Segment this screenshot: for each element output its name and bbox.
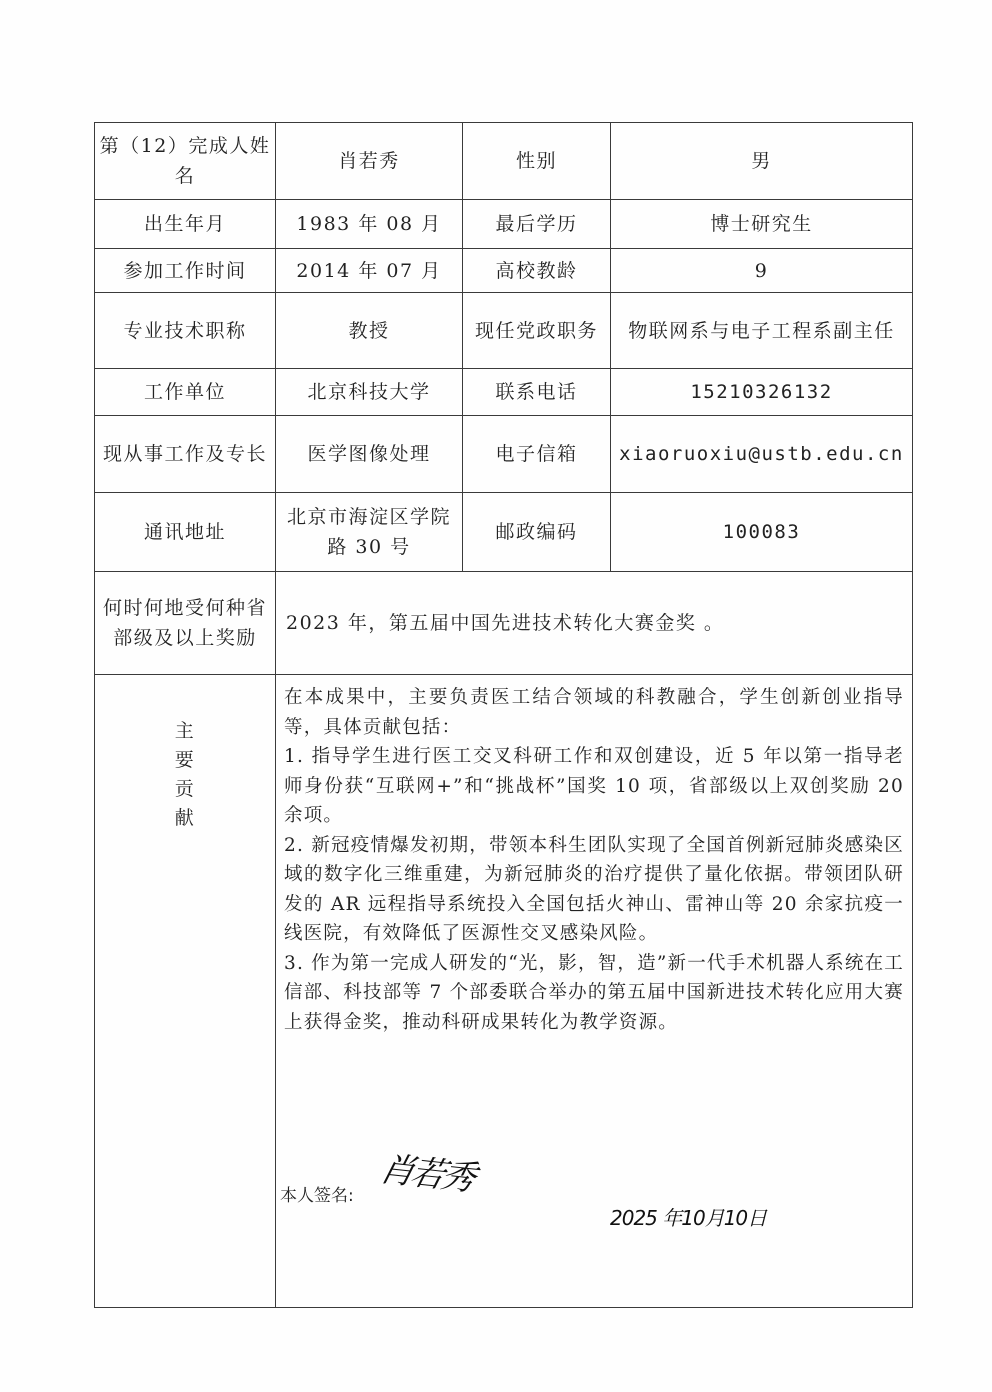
value-specialty: 医学图像处理 [276,416,463,493]
label-email: 电子信箱 [463,416,611,493]
label-main-contribution: 主 要 贡 献 [95,675,276,1308]
value-admin-position: 物联网系与电子工程系副主任 [611,293,913,369]
signature-label: 本人签名: [280,1181,354,1211]
label-char: 要 [99,746,271,775]
label-address: 通讯地址 [95,493,276,572]
label-gender: 性别 [463,123,611,200]
label-awards: 何时何地受何种省部级及以上奖励 [95,572,276,675]
row-name: 第（12）完成人姓名 肖若秀 性别 男 [95,123,913,200]
row-contribution: 主 要 贡 献 在本成果中，主要负责医工结合领域的科教融合，学生创新创业指导等，… [95,675,913,1308]
label-work-unit: 工作单位 [95,369,276,416]
value-awards: 2023 年，第五届中国先进技术转化大赛金奖 。 [276,572,913,675]
label-char: 主 [99,717,271,746]
value-email: xiaoruoxiu@ustb.edu.cn [611,416,913,493]
row-field: 现从事工作及专长 医学图像处理 电子信箱 xiaoruoxiu@ustb.edu… [95,416,913,493]
value-gender: 男 [611,123,913,200]
row-title: 专业技术职称 教授 现任党政职务 物联网系与电子工程系副主任 [95,293,913,369]
label-char: 贡 [99,775,271,804]
value-work-unit: 北京科技大学 [276,369,463,416]
value-postcode: 100083 [611,493,913,572]
row-unit: 工作单位 北京科技大学 联系电话 15210326132 [95,369,913,416]
label-teaching-years: 高校教龄 [463,249,611,293]
row-awards: 何时何地受何种省部级及以上奖励 2023 年，第五届中国先进技术转化大赛金奖 。 [95,572,913,675]
label-char: 献 [99,804,271,833]
row-birth: 出生年月 1983 年 08 月 最后学历 博士研究生 [95,200,913,249]
value-main-contribution: 在本成果中，主要负责医工结合领域的科教融合，学生创新创业指导等，具体贡献包括： … [276,675,913,1308]
row-work-start: 参加工作时间 2014 年 07 月 高校教龄 9 [95,249,913,293]
label-work-start: 参加工作时间 [95,249,276,293]
document-page: 第（12）完成人姓名 肖若秀 性别 男 出生年月 1983 年 08 月 最后学… [0,0,992,1392]
contribution-item-1: 1. 指导学生进行医工交叉科研工作和双创建设，近 5 年以第一指导老师身份获“互… [284,742,904,831]
value-professional-title: 教授 [276,293,463,369]
signature-area: 本人签名: 肖若秀 2025 年10月10日 [280,1163,910,1253]
value-work-start: 2014 年 07 月 [276,249,463,293]
signature-date: 2025 年10月10日 [610,1203,766,1233]
label-admin-position: 现任党政职务 [463,293,611,369]
label-phone: 联系电话 [463,369,611,416]
value-teaching-years: 9 [611,249,913,293]
row-address: 通讯地址 北京市海淀区学院路 30 号 邮政编码 100083 [95,493,913,572]
handwritten-signature: 肖若秀 [377,1154,475,1194]
completer-info-form: 第（12）完成人姓名 肖若秀 性别 男 出生年月 1983 年 08 月 最后学… [94,122,913,1308]
label-specialty: 现从事工作及专长 [95,416,276,493]
label-name: 第（12）完成人姓名 [95,123,276,200]
contribution-item-3: 3. 作为第一完成人研发的“光，影，智，造”新一代手术机器人系统在工信部、科技部… [284,949,904,1038]
value-address: 北京市海淀区学院路 30 号 [276,493,463,572]
label-education: 最后学历 [463,200,611,249]
value-name: 肖若秀 [276,123,463,200]
contribution-item-2: 2. 新冠疫情爆发初期，带领本科生团队实现了全国首例新冠肺炎感染区域的数字化三维… [284,831,904,949]
label-professional-title: 专业技术职称 [95,293,276,369]
contribution-intro: 在本成果中，主要负责医工结合领域的科教融合，学生创新创业指导等，具体贡献包括： [284,683,904,742]
value-phone: 15210326132 [611,369,913,416]
label-birth-date: 出生年月 [95,200,276,249]
value-education: 博士研究生 [611,200,913,249]
label-postcode: 邮政编码 [463,493,611,572]
value-birth-date: 1983 年 08 月 [276,200,463,249]
contribution-text: 在本成果中，主要负责医工结合领域的科教融合，学生创新创业指导等，具体贡献包括： … [284,683,904,1037]
